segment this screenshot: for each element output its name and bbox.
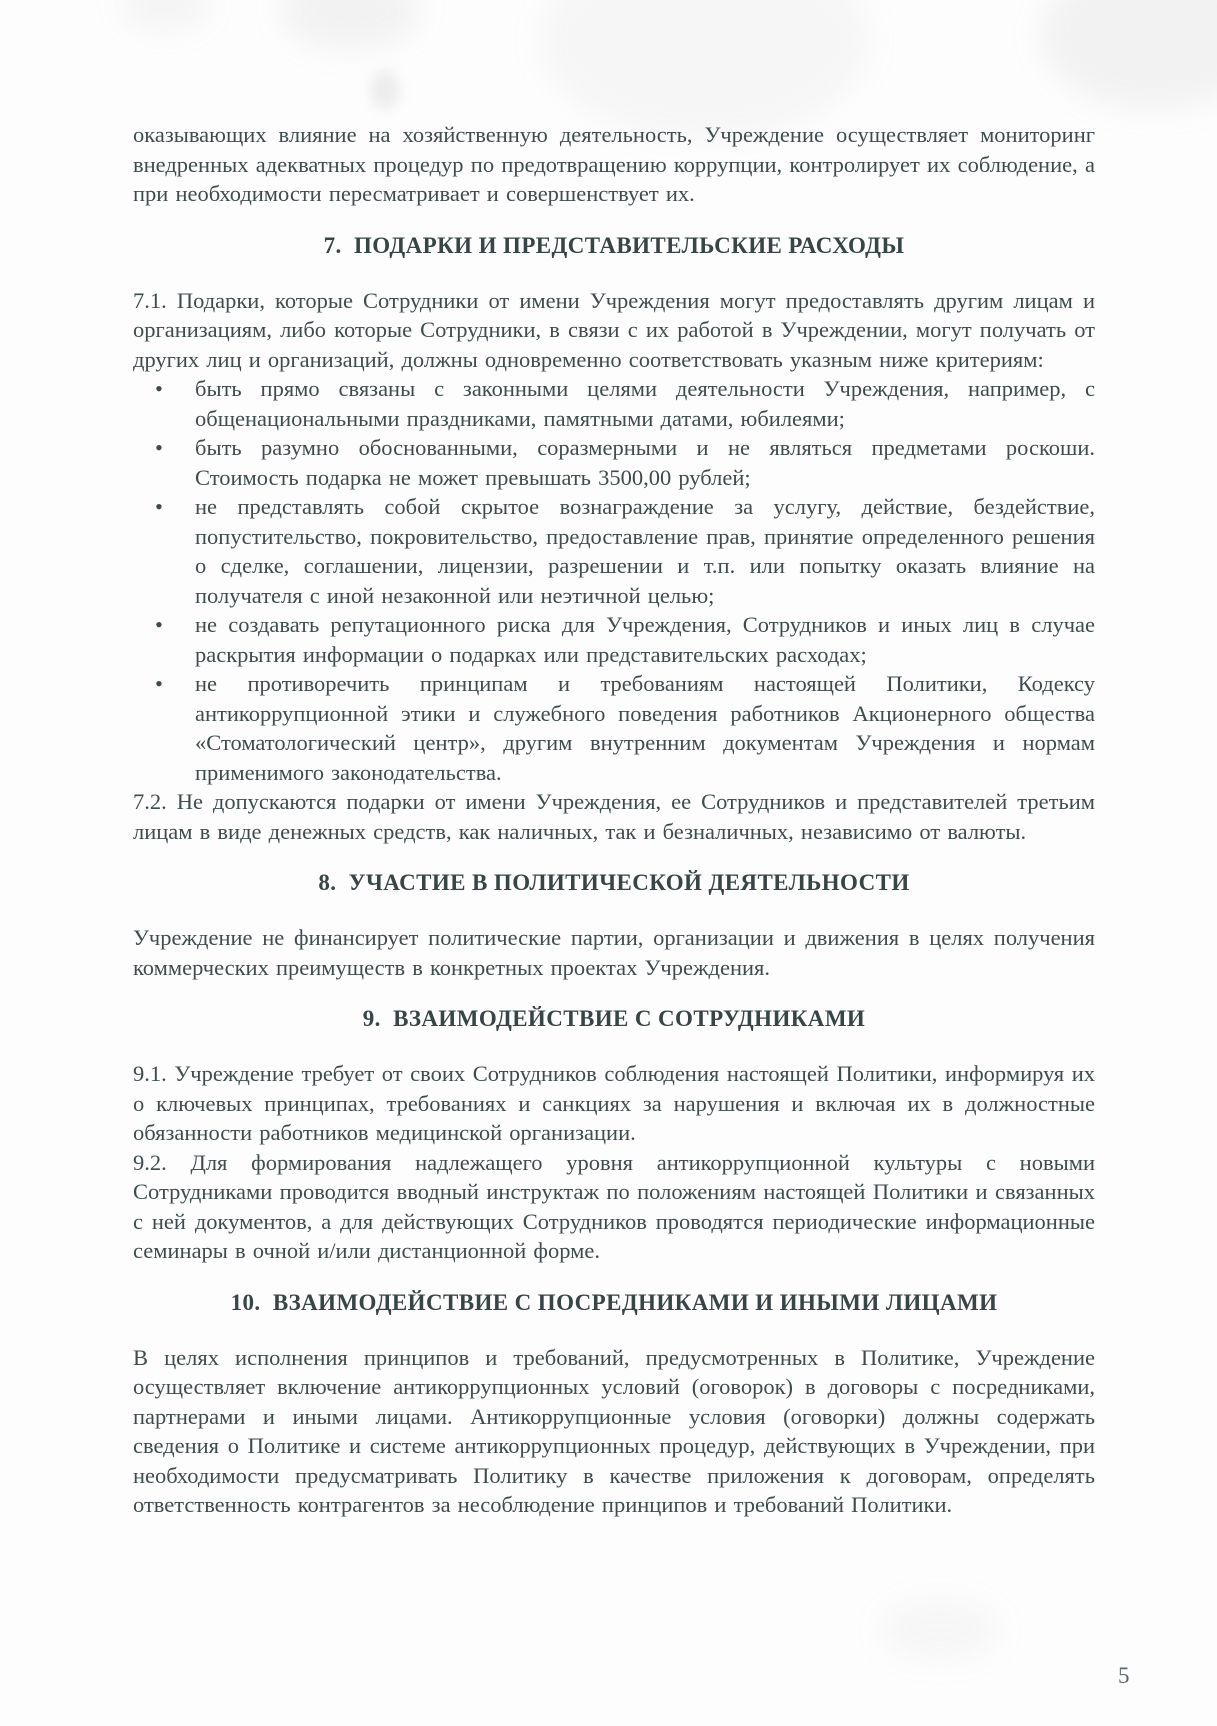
bullet-icon: • — [155, 374, 163, 404]
paragraph-9-1: 9.1. Учреждение требует от своих Сотрудн… — [133, 1059, 1095, 1148]
bullet-icon: • — [155, 669, 163, 699]
list-item: • не представлять собой скрытое вознагра… — [133, 492, 1095, 610]
paragraph-10: В целях исполнения принципов и требовани… — [133, 1343, 1095, 1520]
scan-smudge — [880, 1600, 1000, 1660]
scan-smudge — [370, 70, 400, 110]
section-7-heading: 7. ПОДАРКИ И ПРЕДСТАВИТЕЛЬСКИЕ РАСХОДЫ — [133, 229, 1095, 262]
scan-smudge — [540, 0, 870, 140]
scanned-document-page: оказывающих влияние на хозяйственную дея… — [0, 0, 1217, 1726]
scan-smudge — [120, 0, 210, 30]
scan-smudge — [280, 0, 420, 50]
list-item-text: не создавать репутационного риска для Уч… — [195, 612, 1095, 667]
list-item: • быть разумно обоснованными, соразмерны… — [133, 433, 1095, 492]
document-body: оказывающих влияние на хозяйственную дея… — [133, 120, 1095, 1520]
scan-smudge — [1040, 0, 1217, 110]
list-item-text: не противоречить принципам и требованиям… — [195, 671, 1095, 785]
gift-criteria-list: • быть прямо связаны с законными целями … — [133, 374, 1095, 787]
paragraph-7-1: 7.1. Подарки, которые Сотрудники от имен… — [133, 286, 1095, 375]
section-10-heading: 10. ВЗАИМОДЕЙСТВИЕ С ПОСРЕДНИКАМИ И ИНЫМ… — [133, 1286, 1095, 1319]
paragraph-9-2: 9.2. Для формирования надлежащего уровня… — [133, 1148, 1095, 1266]
section-9-heading: 9. ВЗАИМОДЕЙСТВИЕ С СОТРУДНИКАМИ — [133, 1002, 1095, 1035]
paragraph-7-2: 7.2. Не допускаются подарки от имени Учр… — [133, 787, 1095, 846]
list-item-text: быть разумно обоснованными, соразмерными… — [195, 435, 1095, 490]
list-item-text: быть прямо связаны с законными целями де… — [195, 376, 1095, 431]
bullet-icon: • — [155, 610, 163, 640]
bullet-icon: • — [155, 433, 163, 463]
list-item: • не противоречить принципам и требовани… — [133, 669, 1095, 787]
bullet-icon: • — [155, 492, 163, 522]
list-item: • не создавать репутационного риска для … — [133, 610, 1095, 669]
list-item: • быть прямо связаны с законными целями … — [133, 374, 1095, 433]
intro-paragraph: оказывающих влияние на хозяйственную дея… — [133, 120, 1095, 209]
paragraph-8: Учреждение не финансирует политические п… — [133, 923, 1095, 982]
page-number: 5 — [1118, 1662, 1130, 1690]
list-item-text: не представлять собой скрытое вознагражд… — [195, 494, 1095, 608]
section-8-heading: 8. УЧАСТИЕ В ПОЛИТИЧЕСКОЙ ДЕЯТЕЛЬНОСТИ — [133, 866, 1095, 899]
